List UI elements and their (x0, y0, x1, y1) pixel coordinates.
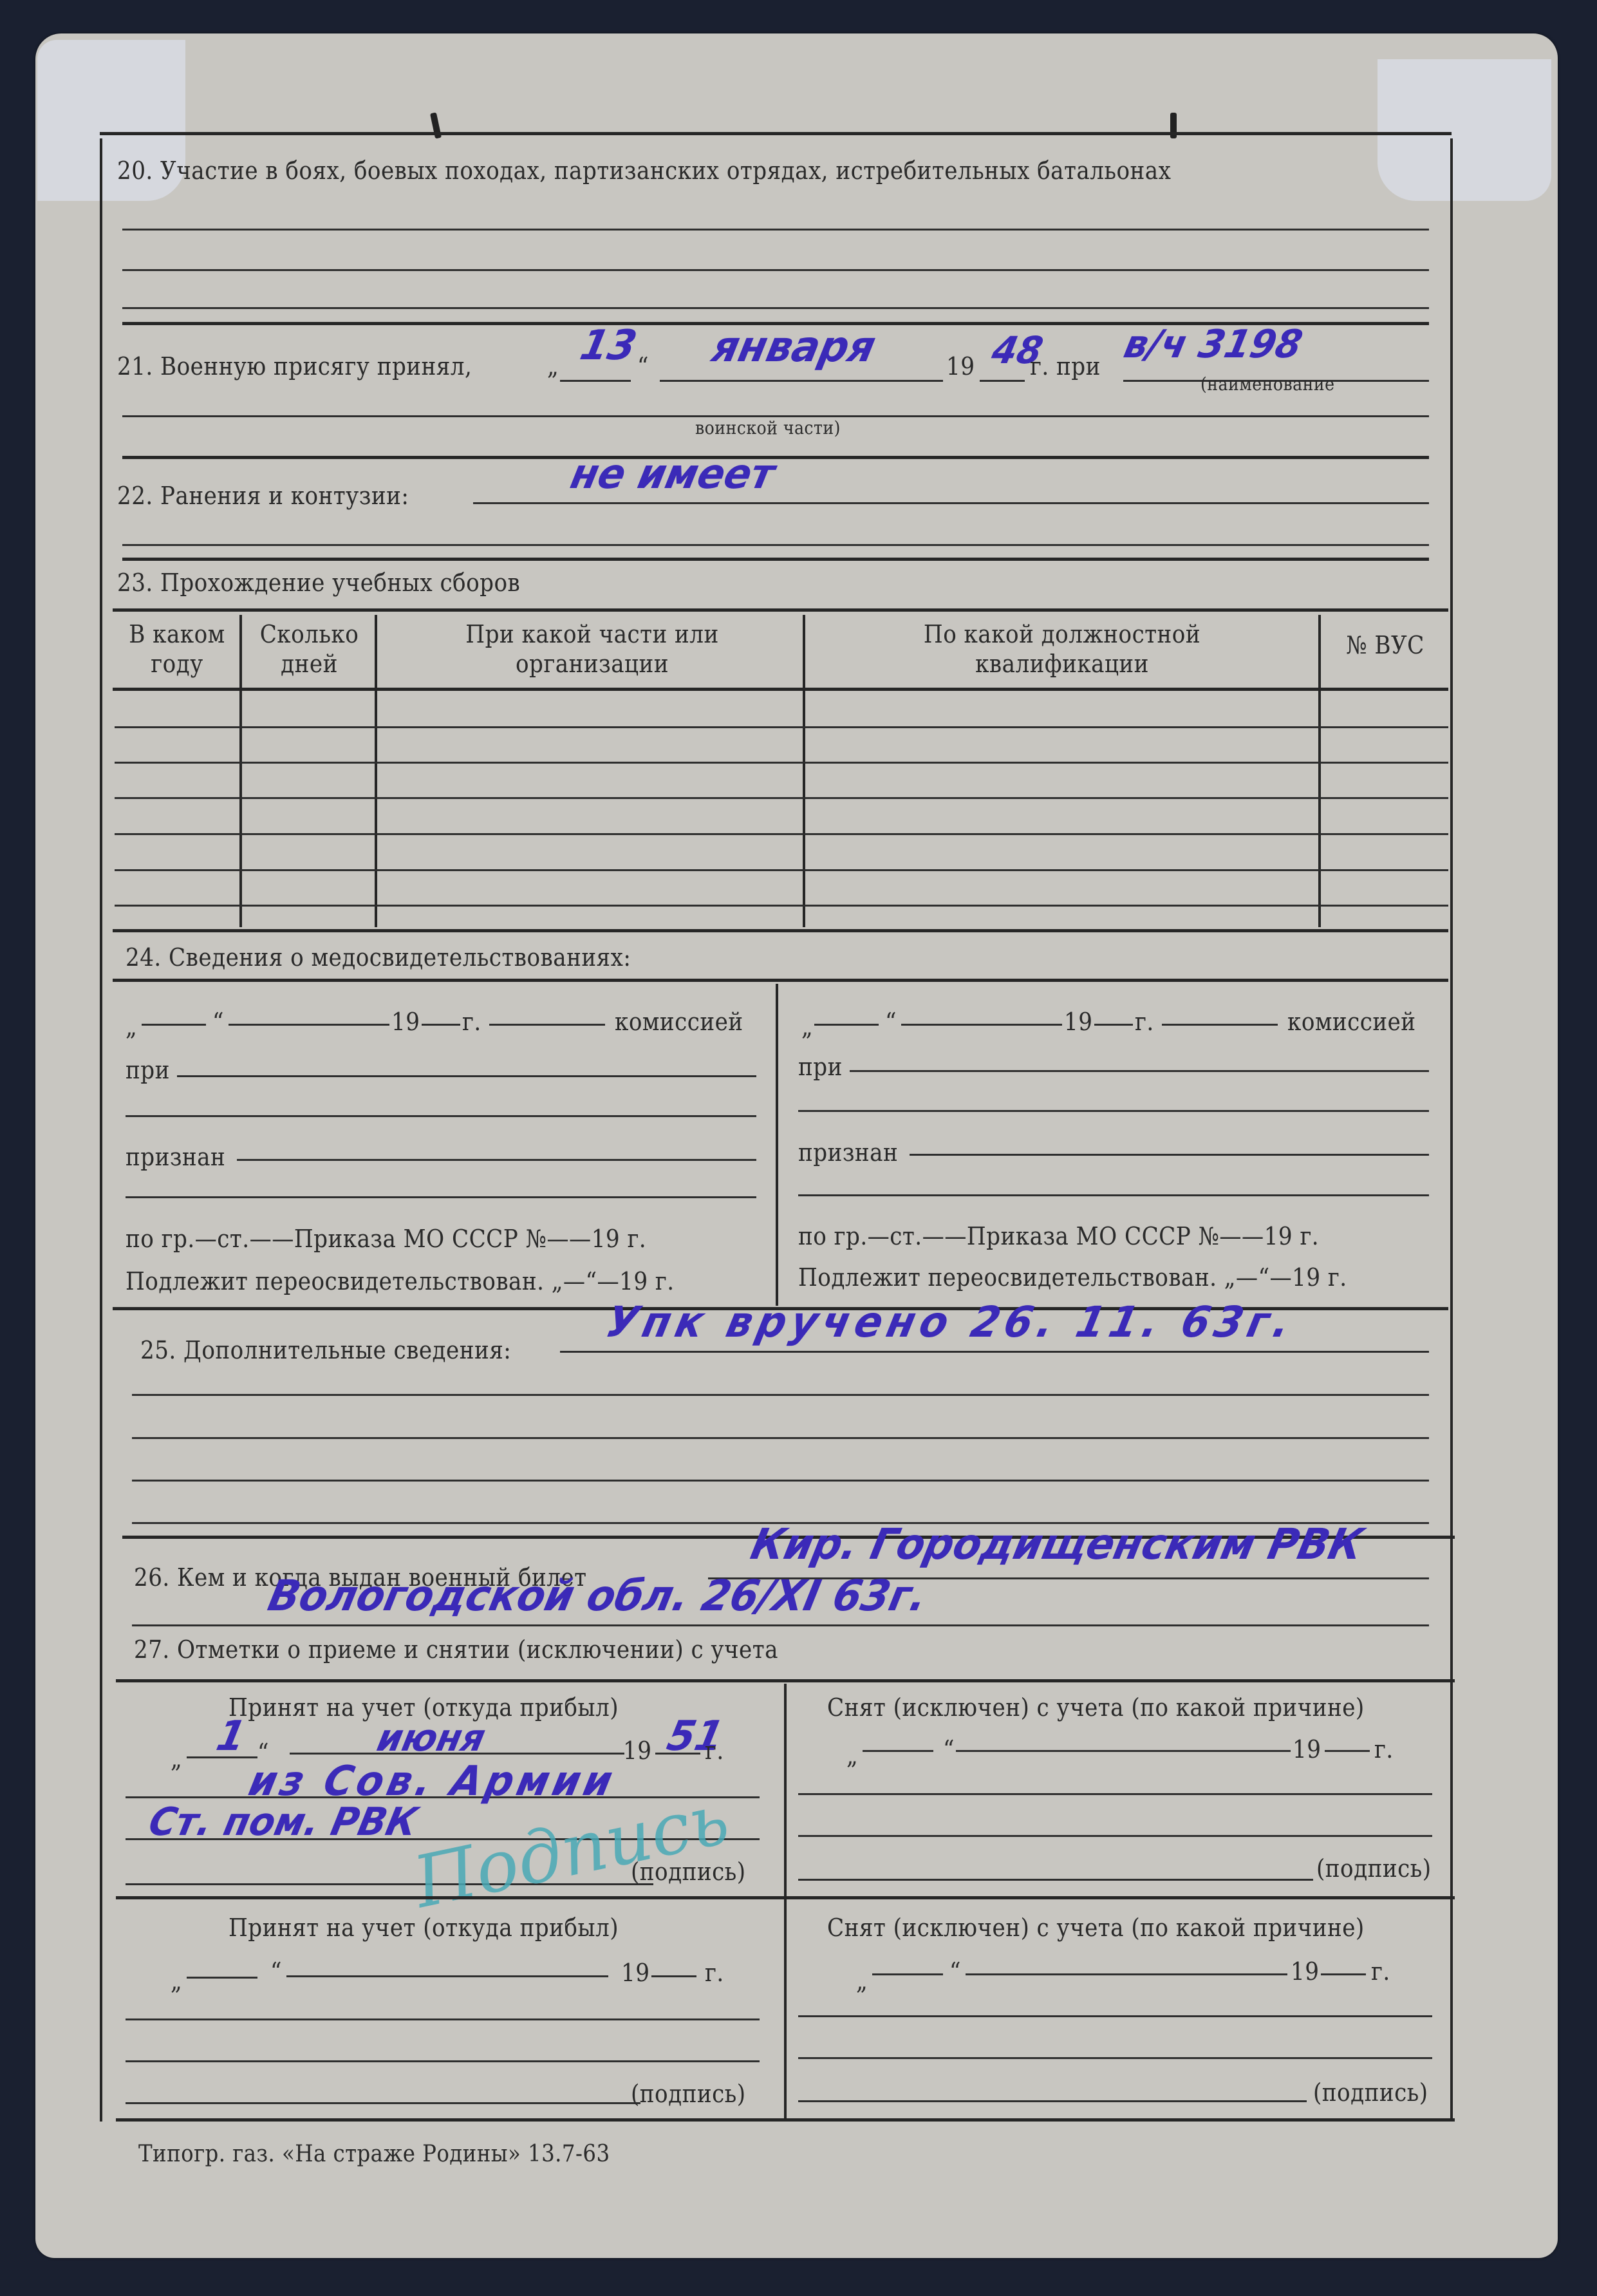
s24-right-commission-field[interactable] (1162, 1024, 1278, 1026)
s24-left-priznan-line-2[interactable] (126, 1196, 756, 1198)
s24-right-commission-label: комиссией (1287, 1008, 1416, 1036)
s27-b2r-month-field[interactable] (966, 1973, 1287, 1975)
s24-left-year-field[interactable] (422, 1024, 460, 1026)
s27-middle-divider (116, 1896, 1455, 1899)
s23-col-divider-2 (375, 615, 377, 927)
s21-open-quote: „ (547, 352, 559, 381)
s24-right-date-open: „ (801, 1013, 813, 1041)
s27-b2-year-g: г. (705, 1959, 724, 1987)
frame-top (100, 132, 1452, 135)
s21-year-suffix: г. при (1030, 352, 1101, 381)
s21-year-field[interactable] (980, 380, 1025, 382)
s23-header-qual-l2: квалификации (834, 649, 1291, 679)
s24-left-century: 19 (391, 1008, 420, 1036)
s24-top (113, 979, 1448, 982)
s23-header-unit-l2: организации (401, 649, 783, 679)
s27-b1-open-quote: „ (171, 1745, 182, 1773)
s23-header-days: Сколько дней (250, 619, 369, 679)
s22-line-2[interactable] (122, 544, 1429, 546)
s27-b2r-year-g: г. (1371, 1957, 1390, 1986)
s21-close-quote: “ (637, 352, 649, 381)
s24-right-order: по гр.—ст.——Приказа МО СССР №——19 г. (798, 1222, 1319, 1250)
s24-right-year-field[interactable] (1094, 1024, 1133, 1026)
s24-left-priznan-label: признан (126, 1143, 225, 1171)
s23-row-line-4[interactable] (115, 833, 1448, 835)
s23-col-divider-3 (803, 615, 805, 927)
s21-label: 21. Военную присягу принял, (117, 352, 472, 381)
s24-right-priznan-field[interactable] (910, 1154, 1429, 1156)
s21-month-field[interactable] (660, 380, 943, 382)
s23-table-top (113, 608, 1448, 612)
s27-b2-year-field[interactable] (651, 1975, 696, 1977)
s27-b1r-month-field[interactable] (956, 1750, 1291, 1752)
s26-value-line-2: Вологодской обл. 26/XI 63г. (264, 1571, 931, 1621)
s24-left-date-open: „ (126, 1013, 137, 1041)
s24-right-date-close: “ (885, 1008, 897, 1036)
s27-b1r-signature-caption: (подпись) (1316, 1854, 1432, 1883)
s27-b1r-line-2[interactable] (798, 1835, 1432, 1837)
s24-left-commission-field[interactable] (489, 1024, 605, 1026)
s27-b1r-century: 19 (1293, 1735, 1321, 1764)
s20-label: 20. Участие в боях, боевых походах, парт… (117, 156, 1171, 185)
s27-b1r-close-quote: “ (943, 1735, 955, 1764)
s23-row-line-6[interactable] (115, 905, 1448, 907)
s27-b2-signature-caption: (подпись) (631, 2080, 746, 2108)
s27-b1-from-value: из Сов. Армии (245, 1758, 621, 1805)
s26-line-2[interactable] (132, 1624, 1429, 1626)
s27-b1-month-value: июня (373, 1716, 489, 1760)
s24-left-day-field[interactable] (142, 1024, 206, 1026)
s23-header-year-l1: В каком (119, 619, 235, 649)
s27-b2-day-field[interactable] (187, 1977, 257, 1979)
s21-century: 19 (946, 352, 975, 381)
s24-left-date-close: “ (212, 1008, 224, 1036)
s27-b2r-signature-caption: (подпись) (1313, 2078, 1428, 2107)
s27-b1r-line-1[interactable] (798, 1793, 1432, 1795)
s27-b1-century: 19 (623, 1736, 651, 1765)
s27-b2r-year-field[interactable] (1321, 1973, 1366, 1975)
s23-header-bottom (113, 688, 1448, 691)
s27-b2r-line-1[interactable] (798, 2015, 1432, 2017)
s24-right-priznan-label: признан (798, 1138, 898, 1167)
s24-right-month-field[interactable] (901, 1024, 1062, 1026)
s22-field[interactable] (473, 502, 1429, 504)
s23-header-year: В каком году (119, 619, 235, 679)
s22-divider (122, 558, 1429, 561)
s27-top (116, 1679, 1455, 1682)
s24-left-month-field[interactable] (229, 1024, 389, 1026)
s21-month-value: января (708, 322, 880, 372)
s27-b2-open-quote: „ (171, 1967, 182, 1995)
s27-b2r-open-quote: „ (856, 1967, 868, 1995)
s24-right-pri-label: при (798, 1053, 843, 1081)
s23-header-days-l2: дней (250, 649, 369, 679)
frame-left (100, 138, 102, 2122)
s25-line-2[interactable] (132, 1394, 1429, 1396)
printer-imprint: Типогр. газ. «На страже Родины» 13.7-63 (138, 2141, 610, 2167)
s27-b2r-line-2[interactable] (798, 2057, 1432, 2059)
s23-header-unit-l1: При какой части или (401, 619, 783, 649)
s27-removed-title-1: Снят (исключен) с учета (по какой причин… (827, 1693, 1365, 1722)
s23-row-line-1[interactable] (115, 726, 1448, 728)
s27-accepted-title-2: Принят на учет (откуда прибыл) (229, 1914, 619, 1942)
s25-line-4[interactable] (132, 1480, 1429, 1482)
s23-table-bottom (113, 929, 1448, 932)
s21-caption-name: (наименование (1200, 373, 1335, 395)
s27-b2-line-1[interactable] (126, 2018, 760, 2020)
s27-center-divider (784, 1684, 787, 2122)
s27-b1r-year-field[interactable] (1325, 1750, 1370, 1752)
s24-right-reexam: Подлежит переосвидетельствован. „—“—19 г… (798, 1263, 1347, 1292)
s25-line-3[interactable] (132, 1437, 1429, 1439)
s27-removed-title-2: Снят (исключен) с учета (по какой причин… (827, 1914, 1365, 1942)
s23-header-vus: № ВУС (1327, 631, 1443, 659)
paper-repair-patch-right (1378, 59, 1551, 201)
s23-col-divider-4 (1318, 615, 1321, 927)
s24-left-reexam: Подлежит переосвидетельствован. „—“—19 г… (126, 1267, 675, 1295)
s27-label: 27. Отметки о приеме и снятии (исключени… (134, 1635, 778, 1664)
s24-right-year-g: г. (1135, 1008, 1154, 1036)
s24-label: 24. Сведения о медосвидетельствованиях: (126, 943, 631, 972)
s25-field[interactable] (560, 1351, 1429, 1353)
s25-label: 25. Дополнительные сведения: (140, 1336, 511, 1364)
s22-value: не имеет (566, 451, 779, 498)
s27-b2r-day-field[interactable] (872, 1973, 943, 1975)
s21-day-value: 13 (576, 322, 640, 370)
s22-label: 22. Ранения и контузии: (117, 482, 409, 510)
s27-b1-year-g: г. (705, 1736, 724, 1765)
s23-row-line-2[interactable] (115, 762, 1448, 764)
s24-left-order: по гр.—ст.——Приказа МО СССР №——19 г. (126, 1225, 646, 1253)
s23-row-line-5[interactable] (115, 869, 1448, 871)
s27-b2r-signature-line[interactable] (798, 2100, 1307, 2102)
frame-right (1450, 138, 1453, 2122)
s27-b2-line-2[interactable] (126, 2060, 760, 2062)
s24-center-divider (776, 984, 778, 1306)
s21-unit-value: в/ч 3198 (1120, 322, 1306, 367)
s27-b1-position-value: Ст. пом. РВК (145, 1800, 422, 1845)
s24-left-pri-line-2[interactable] (126, 1115, 756, 1117)
s27-b1r-signature-line[interactable] (798, 1879, 1313, 1881)
s21-day-field[interactable] (560, 380, 631, 382)
s23-header-qual-l1: По какой должностной (834, 619, 1291, 649)
s20-line-3[interactable] (122, 307, 1429, 309)
s27-b2-century: 19 (621, 1959, 649, 1987)
s23-label: 23. Прохождение учебных сборов (117, 569, 520, 597)
s24-right-century: 19 (1064, 1008, 1092, 1036)
s23-header-year-l2: году (119, 649, 235, 679)
s23-header-days-l1: Сколько (250, 619, 369, 649)
s27-b2r-close-quote: “ (949, 1957, 961, 1986)
s27-b1r-open-quote: „ (846, 1742, 858, 1770)
s23-header-qualification: По какой должностной квалификации (834, 619, 1291, 679)
s27-b1r-year-g: г. (1374, 1735, 1394, 1764)
s24-left-pri-label: при (126, 1056, 170, 1084)
s20-line-1[interactable] (122, 229, 1429, 231)
s27-b2r-century: 19 (1291, 1957, 1319, 1986)
s24-left-year-g: г. (462, 1008, 481, 1036)
s27-b2-signature-line[interactable] (126, 2102, 640, 2104)
s20-line-2[interactable] (122, 269, 1429, 271)
s25-value: Упк вручено 26. 11. 63г. (602, 1297, 1300, 1347)
s26-value-line-1: Кир. Городищенским РВК (747, 1520, 1368, 1569)
s27-b2-close-quote: “ (270, 1957, 282, 1986)
s24-right-pri-field[interactable] (850, 1070, 1429, 1072)
s23-col-divider-1 (239, 615, 242, 927)
s23-header-vus-l1: № ВУС (1327, 631, 1443, 659)
s21-caption-unit: воинской части) (695, 417, 841, 438)
s24-right-priznan-line-2[interactable] (798, 1194, 1429, 1196)
s27-b2-month-field[interactable] (286, 1975, 608, 1977)
s24-left-pri-field[interactable] (177, 1075, 756, 1077)
s23-header-unit: При какой части или организации (401, 619, 783, 679)
s24-left-commission-label: комиссией (615, 1008, 743, 1036)
s23-row-line-3[interactable] (115, 797, 1448, 799)
s24-left-priznan-field[interactable] (237, 1159, 756, 1161)
s24-right-day-field[interactable] (814, 1024, 879, 1026)
s27-b1r-day-field[interactable] (863, 1750, 933, 1752)
s24-right-pri-line-2[interactable] (798, 1110, 1429, 1112)
